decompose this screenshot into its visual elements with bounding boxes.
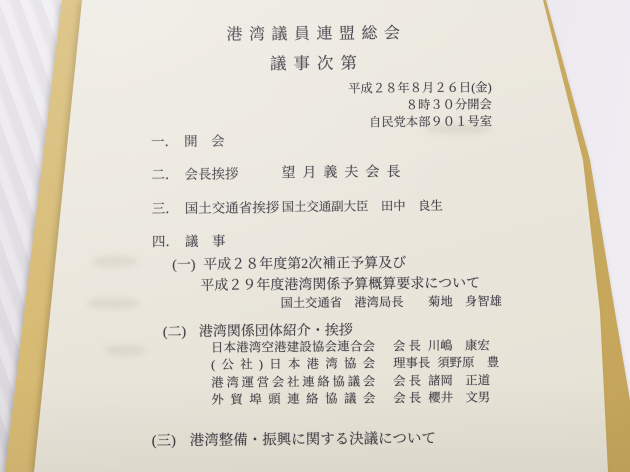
organization-name: 外貿埠頭連絡協議会 [211, 390, 375, 409]
meeting-venue: 自民党本部９０１号室 [348, 113, 492, 131]
agenda-item-chairman-greeting: 二．会長挨拶 望月義夫会長 [151, 163, 238, 184]
representative-name: 須野原 豊 [437, 355, 499, 373]
subitem-text: 平成２８年度第2次補正予算及び [203, 256, 406, 273]
subitem-1-presenter: 国土交通省 港湾局長 菊地 身智雄 [280, 291, 502, 311]
agenda-paper: 港湾議員連盟総会 議事次第 平成２８年８月２６日(金) ８時３０分開会 自民党本… [0, 0, 630, 472]
agenda-paper-wrap: 港湾議員連盟総会 議事次第 平成２８年８月２６日(金) ８時３０分開会 自民党本… [0, 0, 630, 472]
representative-name: 櫻井 文男 [428, 389, 490, 407]
organization-row: 外貿埠頭連絡協議会 会 長 櫻井 文男 [211, 389, 499, 409]
item-label: 議 事 [185, 234, 226, 249]
subitem-number: (三) [152, 429, 190, 450]
organization-name: 港湾運営会社連絡協議会 [211, 373, 375, 392]
subitem-1-budget-line1: (一)平成２８年度第2次補正予算及び [172, 252, 406, 274]
item-speaker: 国土交通副大臣 田中 良生 [282, 196, 443, 215]
agenda-item-mlit-greeting: 三．国土交通省挨拶 国土交通副大臣 田中 良生 [152, 196, 280, 217]
organization-name: 日本港湾空港建設協会連合会 [211, 338, 375, 357]
item-speaker: 望月義夫会長 [281, 161, 407, 182]
subitem-number: (二) [163, 321, 199, 341]
organization-name: (公社)日本港湾協会 [211, 356, 375, 375]
item-number: 四． [152, 230, 185, 250]
subitem-text: 港湾整備・振興に関する決議について [190, 431, 436, 449]
representative-role: 理事長 [393, 355, 430, 373]
meeting-date: 平成２８年８月２６日(金) [348, 79, 492, 97]
agenda-item-opening: 一．開 会 [151, 130, 225, 151]
representative-role: 会 長 [393, 373, 421, 391]
agenda-item-proceedings: 四．議 事 [152, 230, 226, 251]
photo-of-agenda-document: 港湾議員連盟総会 議事次第 平成２８年８月２６日(金) ８時３０分開会 自民党本… [0, 0, 630, 472]
item-label: 会長挨拶 [184, 167, 238, 182]
subitem-3-resolution-heading: (三)港湾整備・振興に関する決議について [152, 427, 436, 450]
representative-name: 川嶋 康宏 [428, 337, 490, 355]
item-number: 二． [151, 163, 184, 183]
representative-name: 諸岡 正道 [428, 372, 490, 390]
organization-list: 日本港湾空港建設協会連合会 会 長 川嶋 康宏 (公社)日本港湾協会 理事長 須… [211, 337, 500, 409]
item-label: 開 会 [184, 134, 225, 149]
item-label: 国土交通省挨拶 [185, 200, 280, 216]
subitem-number: (一) [172, 254, 203, 274]
agenda-content: 港湾議員連盟総会 議事次第 平成２８年８月２６日(金) ８時３０分開会 自民党本… [0, 0, 630, 472]
item-number: 一． [151, 130, 184, 150]
subitem-text: 港湾関係団体紹介・挨拶 [199, 324, 353, 340]
meeting-meta-block: 平成２８年８月２６日(金) ８時３０分開会 自民党本部９０１号室 [348, 79, 492, 131]
document-subtitle: 議事次第 [0, 47, 629, 76]
representative-role: 会 長 [393, 338, 421, 356]
item-number: 三． [152, 197, 185, 217]
representative-role: 会 長 [393, 390, 421, 408]
meeting-open-time: ８時３０分開会 [348, 96, 492, 114]
document-title: 港湾議員連盟総会 [0, 18, 628, 46]
